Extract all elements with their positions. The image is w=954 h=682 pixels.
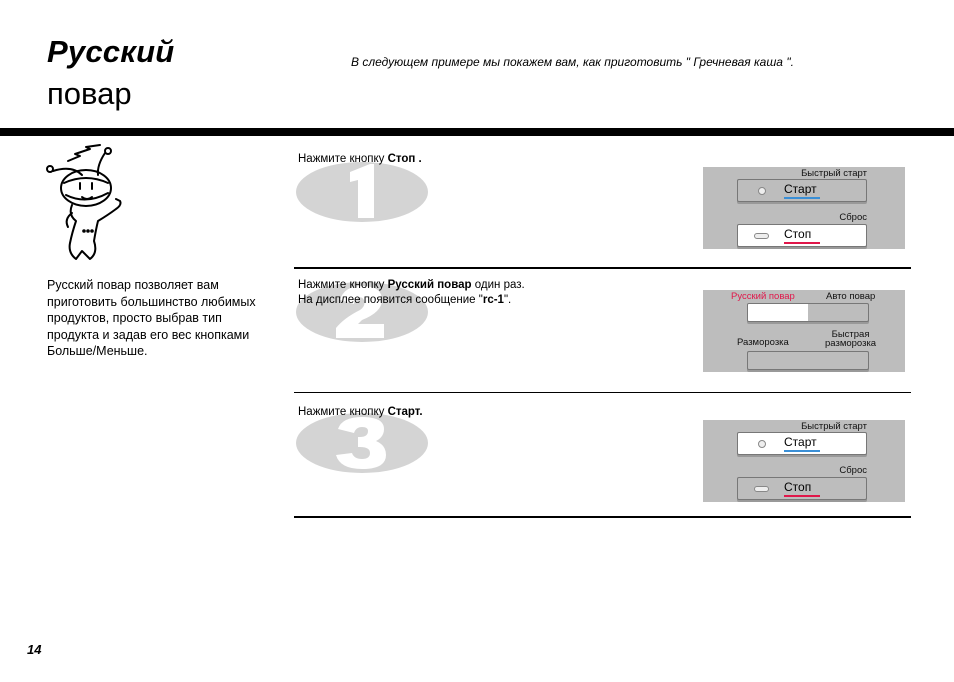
- control-panel-2: Русский повар Авто повар Разморозка Быст…: [703, 290, 905, 372]
- label-quick-start: Быстрый старт: [801, 168, 867, 179]
- stop-button[interactable]: Стоп: [737, 224, 867, 247]
- step-divider: [294, 392, 911, 393]
- led-indicator-icon: [758, 187, 766, 195]
- label-quick-start: Быстрый старт: [801, 421, 867, 432]
- label-auto-chef: Авто повар: [826, 291, 875, 302]
- title-bold: Русский: [47, 34, 174, 70]
- intro-text: В следующем примере мы покажем вам, как …: [351, 55, 794, 69]
- step-2-instruction: Нажмите кнопку Русский повар один раз.На…: [298, 278, 525, 308]
- description-text: Русский повар позволяет вам приготовить …: [47, 277, 277, 360]
- intro-suffix: ".: [786, 55, 794, 69]
- step-3: Нажмите кнопку Старт. Быстрый старт Стар…: [294, 403, 911, 523]
- label-defrost: Разморозка: [737, 337, 789, 348]
- step-number-1-icon: [296, 162, 428, 222]
- oval-indicator-icon: [754, 233, 769, 239]
- oval-indicator-icon: [754, 486, 769, 492]
- label-reset: Сброс: [839, 465, 867, 476]
- intro-dish: Гречневая каша: [690, 55, 786, 69]
- led-indicator-icon: [758, 440, 766, 448]
- step-3-instruction: Нажмите кнопку Старт.: [298, 405, 423, 420]
- top-divider: [0, 128, 954, 136]
- lit-segment: [748, 304, 808, 321]
- step-2: Нажмите кнопку Русский повар один раз.На…: [294, 275, 911, 395]
- label-reset: Сброс: [839, 212, 867, 223]
- page-number: 14: [27, 642, 41, 657]
- blue-underline: [784, 197, 820, 199]
- start-button[interactable]: Старт: [737, 432, 867, 455]
- label-quick-defrost: Быстраяразморозка: [825, 330, 876, 348]
- step-number-3-icon: [296, 413, 428, 473]
- defrost-button[interactable]: [747, 351, 869, 370]
- title-light: повар: [47, 76, 132, 112]
- label-russian-chef: Русский повар: [731, 291, 795, 302]
- stop-button[interactable]: Стоп: [737, 477, 867, 500]
- start-button[interactable]: Старт: [737, 179, 867, 202]
- step-1: Нажмите кнопку Стоп . Быстрый старт Стар…: [294, 150, 911, 270]
- russian-chef-button[interactable]: [747, 303, 869, 322]
- step-divider: [294, 267, 911, 269]
- control-panel-1: Быстрый старт Старт Сброс Стоп: [703, 167, 905, 249]
- step-1-instruction: Нажмите кнопку Стоп .: [298, 152, 422, 167]
- control-panel-3: Быстрый старт Старт Сброс Стоп: [703, 420, 905, 502]
- red-underline: [784, 495, 820, 497]
- red-underline: [784, 242, 820, 244]
- intro-prefix: В следующем примере мы покажем вам, как …: [351, 55, 690, 69]
- blue-underline: [784, 450, 820, 452]
- step-divider: [294, 516, 911, 518]
- chef-mascot-icon: [42, 143, 152, 273]
